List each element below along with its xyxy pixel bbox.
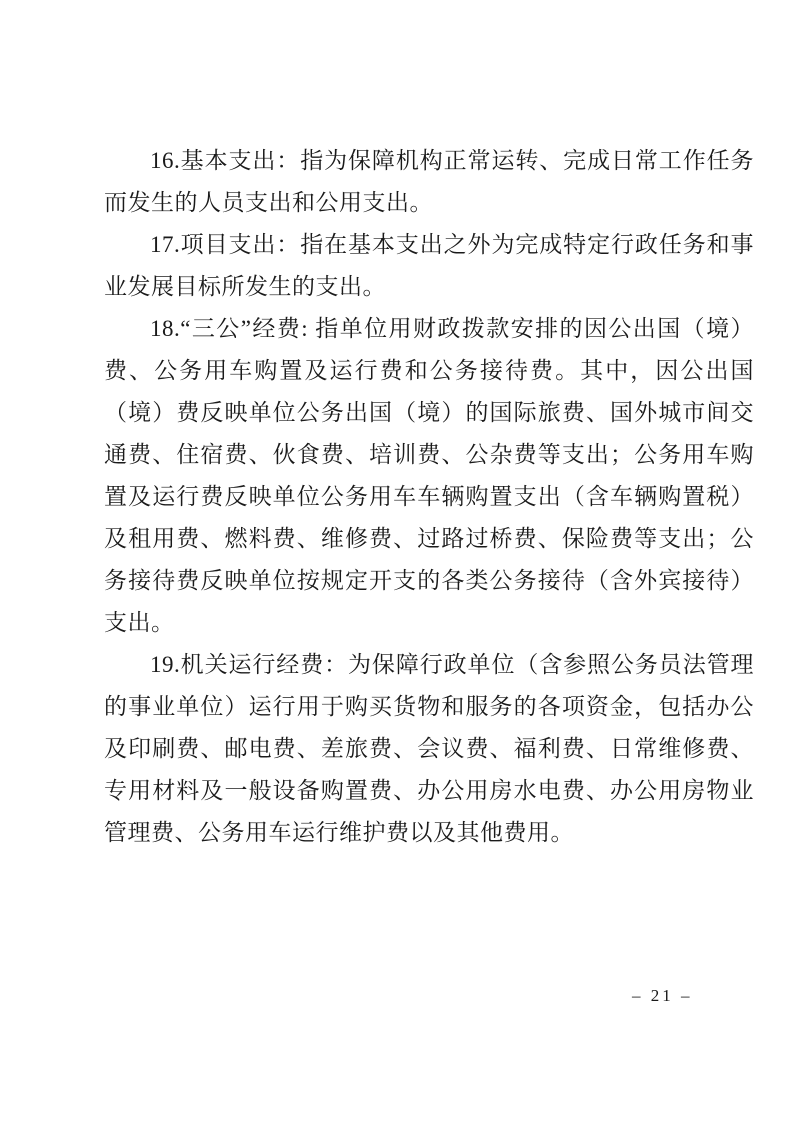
- document-page: 16.基本支出：指为保障机构正常运转、完成日常工作任务而发生的人员支出和公用支出…: [0, 0, 793, 1122]
- page-number: – 21 –: [632, 986, 712, 1006]
- paragraph-17-project-expenditure: 17.项目支出：指在基本支出之外为完成特定行政任务和事业发展目标所发生的支出。: [104, 224, 754, 308]
- paragraph-19-agency-operating-funds: 19.机关运行经费：为保障行政单位（含参照公务员法管理的事业单位）运行用于购买货…: [104, 644, 754, 854]
- paragraph-18-three-public-funds: 18.“三公”经费: 指单位用财政拨款安排的因公出国（境）费、公务用车购置及运行…: [104, 308, 754, 644]
- document-body: 16.基本支出：指为保障机构正常运转、完成日常工作任务而发生的人员支出和公用支出…: [104, 140, 754, 854]
- paragraph-16-basic-expenditure: 16.基本支出：指为保障机构正常运转、完成日常工作任务而发生的人员支出和公用支出…: [104, 140, 754, 224]
